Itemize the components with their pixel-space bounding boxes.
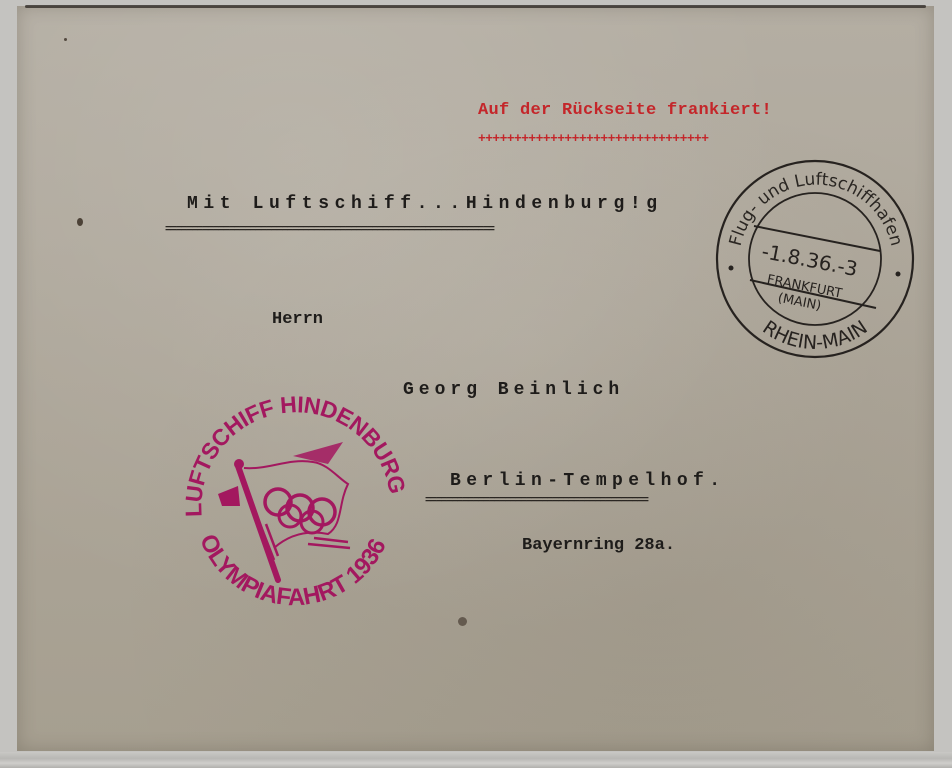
recipient-name: Georg Beinlich [403,380,624,400]
cachet-bottom-text: OLYMPIAFAHRT 1936 [194,530,392,611]
cachet-top-text: LUFTSCHIFF HINDENBURG [180,391,410,517]
salutation: Herrn [272,310,323,329]
paper-stain [77,218,83,226]
paper-stain [64,38,67,41]
routing-underline: ========================================… [165,224,494,236]
flag-emblem-icon [218,442,350,580]
postmark-stamp: Flug- und Luftschiffhafen RHEIN-MAIN -1.… [712,156,918,362]
svg-text:OLYMPIAFAHRT 1936: OLYMPIAFAHRT 1936 [194,530,392,611]
paper-stain [458,617,467,626]
hindenburg-olympic-cachet: LUFTSCHIFF HINDENBURG OLYMPIAFAHRT 1936 [178,384,410,616]
recipient-city: Berlin-Tempelhof. [450,471,725,491]
envelope [17,6,934,751]
scan-bottom-edge [0,752,952,768]
city-underline: ========================================… [425,495,648,507]
routing-line: Mit Luftschiff...Hindenburg!g [187,194,663,214]
franking-note: Auf der Rückseite frankiert! [478,101,772,120]
franking-note-underline: ++++++++++++++++++++++++++++++++ [478,131,708,146]
recipient-street: Bayernring 28a. [522,536,675,555]
svg-text:LUFTSCHIFF HINDENBURG: LUFTSCHIFF HINDENBURG [180,391,410,517]
